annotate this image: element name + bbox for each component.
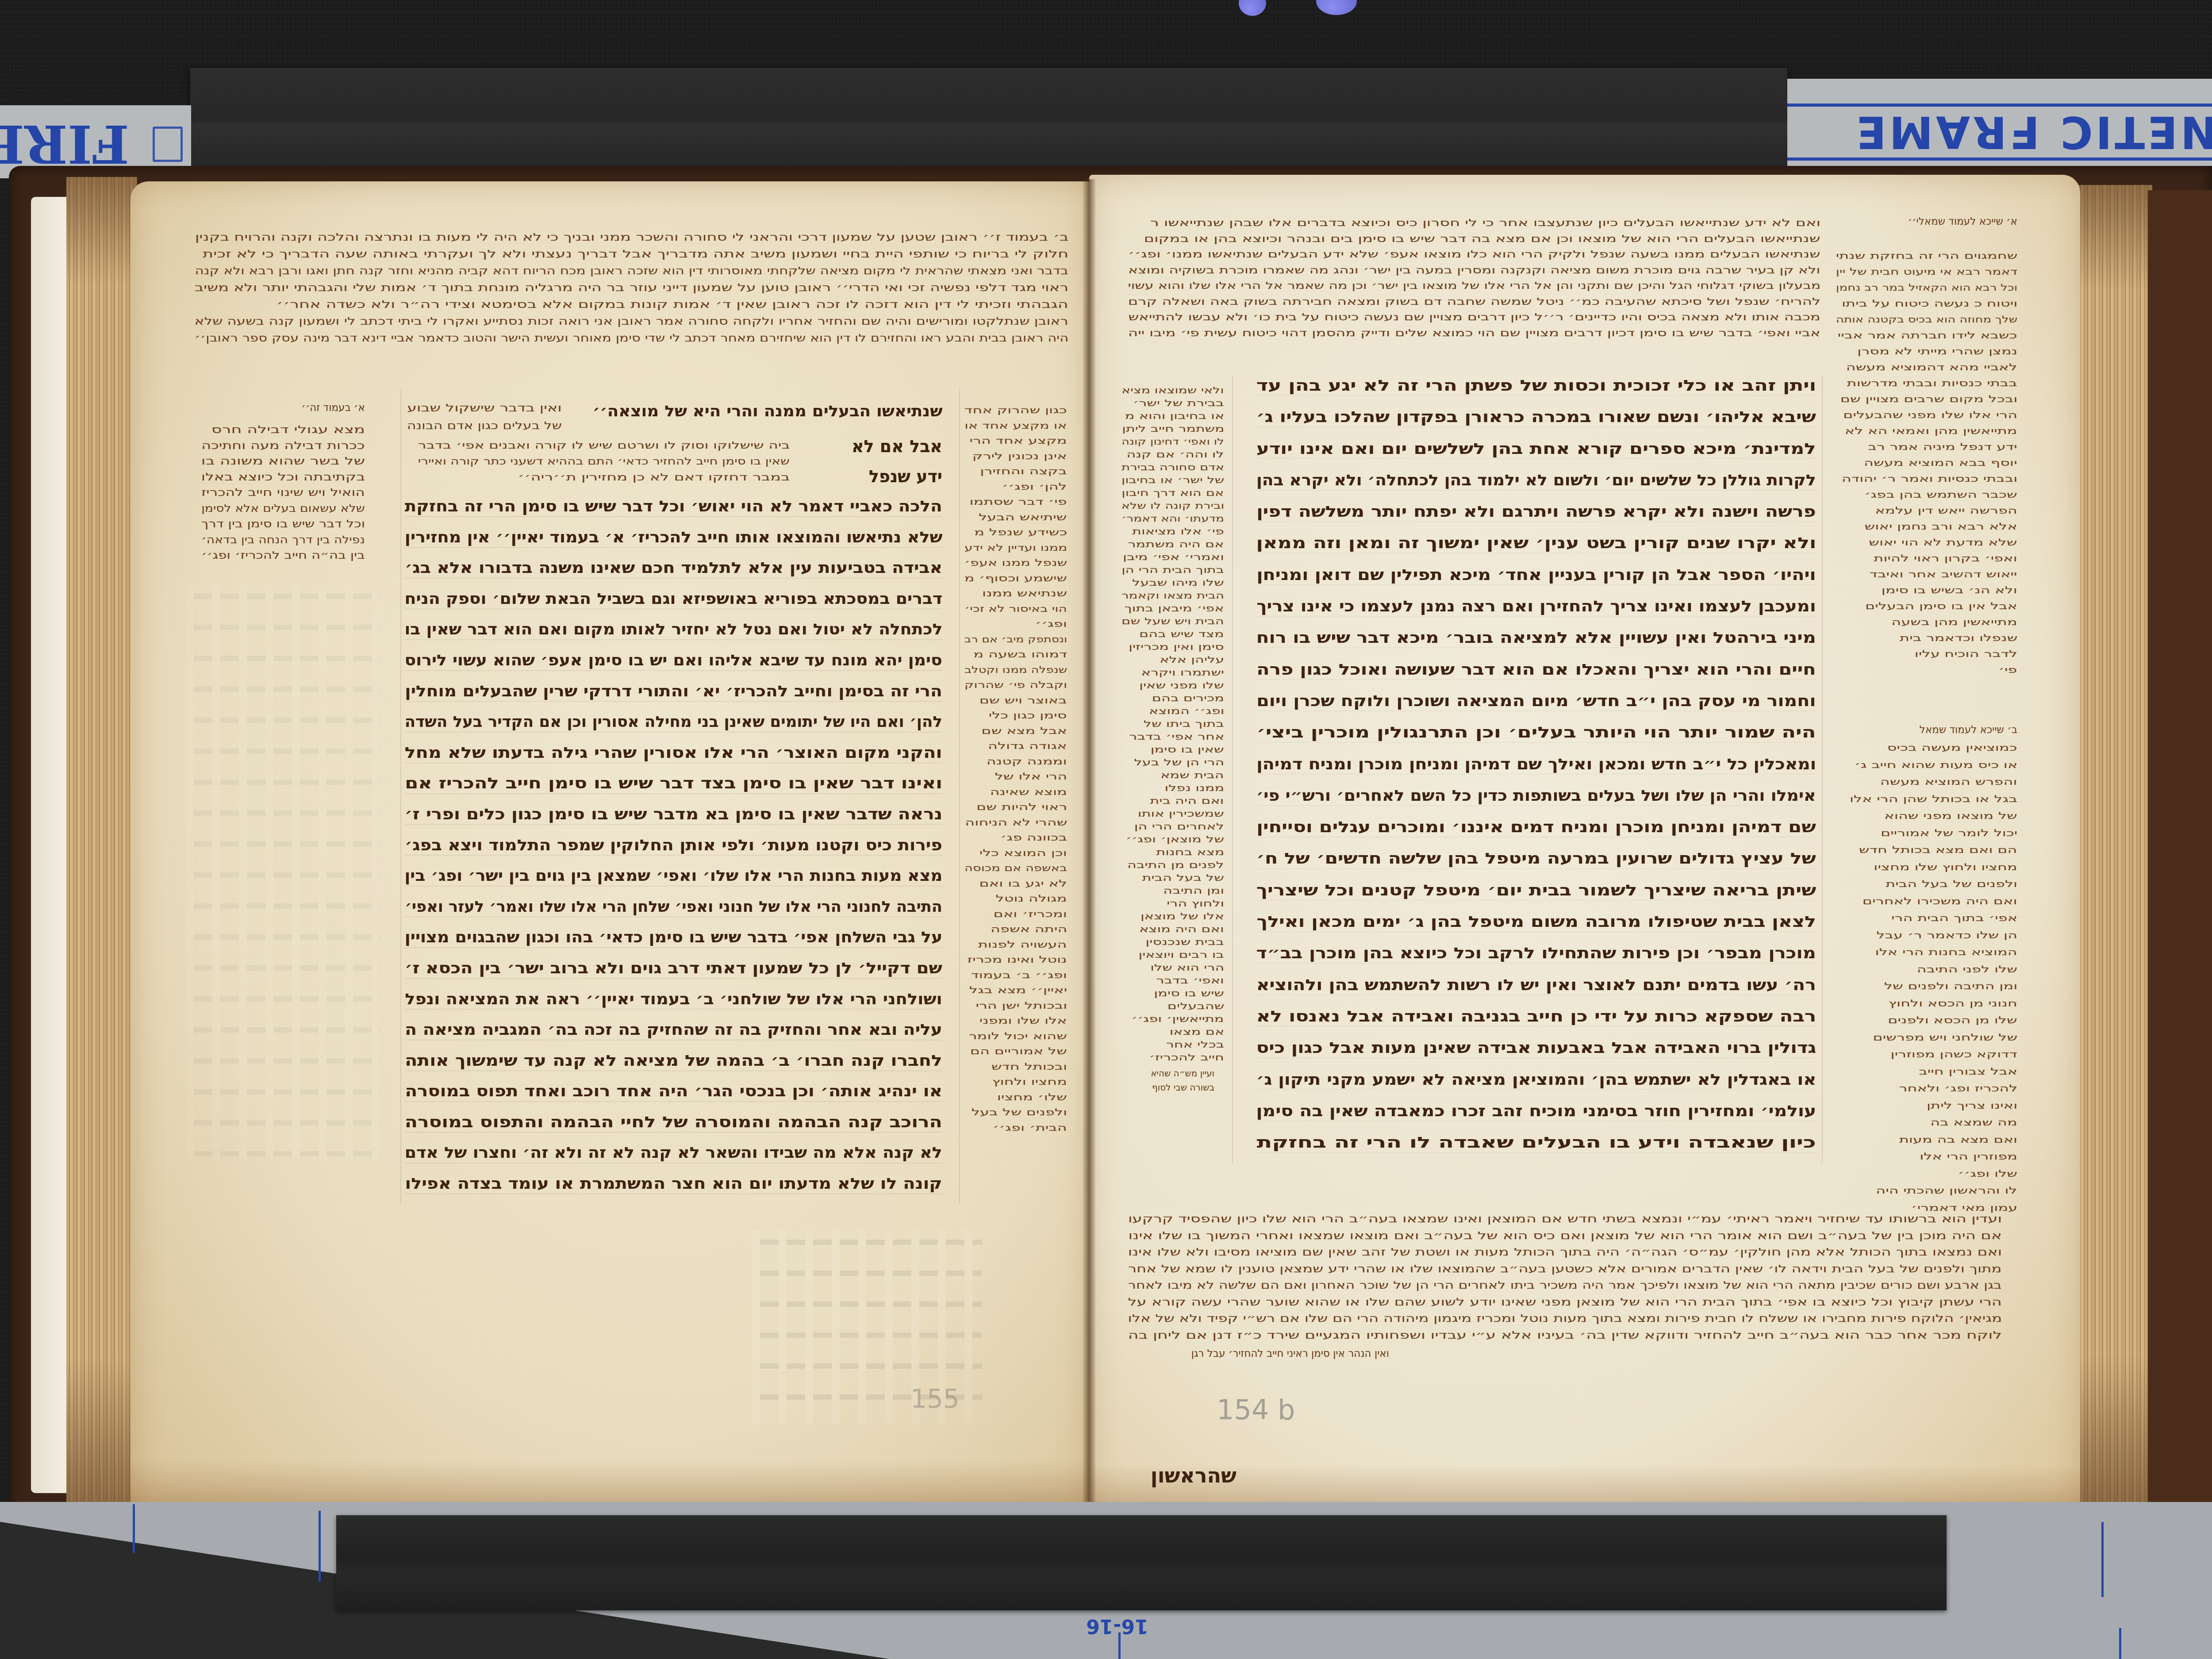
text-line-text: המוציא בחנות הרי אלו (1875, 944, 2017, 961)
text-line: פי׳ (1836, 662, 2017, 678)
text-line-text: ונסתפק מיב׳ אם רב (964, 632, 1067, 647)
text-line-text: אם מצאו (1169, 1025, 1224, 1038)
text-line-text: פרשה וישנה ולא יקרא פרשה ויתרגם ולא יפתח… (1257, 496, 1816, 528)
text-line: מקצע אחד הרי (964, 433, 1067, 449)
text-line: אגודה גדולה (964, 738, 1067, 754)
text-line-text: הלכה כאביי דאמר לא הוי יאוש׳ וכל דבר שיש… (405, 492, 942, 522)
bleed-through-text (186, 584, 380, 1159)
text-line: וקבלה פי׳ שהרוק (964, 677, 1067, 693)
text-line: בו רבים ויוצאין (1121, 949, 1224, 961)
text-line: מוצא שאינה (964, 784, 1067, 800)
text-line: מיני בירהטל ואין עשויין אלא למציאה בובר׳… (1256, 622, 1816, 654)
text-line: ומן התיבה (1121, 884, 1224, 897)
text-line: שלא נתיאשו והמוצאו אותו חייב להכריז׳ א׳ … (405, 522, 942, 553)
text-line: יאיין׳׳ מצא בגל (964, 983, 1067, 998)
text-line: אפי׳ מיבאן בתוך (1121, 602, 1224, 615)
text-line-text: שלא נתיאשו והמוצאו אותו חייב להכריז׳ א׳ … (404, 522, 942, 553)
text-line-text: ומן התיבה (1163, 884, 1224, 897)
column-header: ב׳ שייכא לעמוד שמאל (1836, 721, 2017, 739)
text-line-text: ויתן זהב או כלי זכוכית וכסות של פשתן הרי… (1256, 370, 1816, 402)
text-line: ממנו נפלו (1121, 782, 1224, 795)
text-line-text: גדולין ברוי האבידה אבל באבעות אבידה שאינ… (1256, 1033, 1816, 1064)
text-line-text: שהבעלים (1167, 1000, 1224, 1013)
text-line-text: וכל דבר שיש בו סימן בין דרך (201, 517, 365, 533)
text-line: ביה שישלוקו וסוק לו ושרטם שיש לו קורה וא… (418, 438, 790, 454)
text-line: ואין בדבר שישקול שבוע (407, 399, 562, 417)
text-line: רבה שספקא כרות על ידי כן חייב בגניבה ואב… (1256, 1001, 1816, 1033)
text-line-text: שלו לפני התיבה (1917, 961, 2017, 978)
text-line-text: בו רבים ויוצאין (1139, 949, 1224, 961)
text-line: ומכריז׳ ואם (964, 906, 1067, 922)
text-line: ידע דנפל מיניה אמר רב (1836, 439, 2017, 455)
text-line: בבית שנכנסין (1121, 936, 1224, 949)
text-line-text: לא יגע בו ואם (979, 876, 1068, 891)
text-line-text: מקצע אחד הרי (970, 433, 1067, 449)
text-line: מגיאין׳ הלוקח פירות מחבירו או ששלח לו חב… (1128, 1311, 2002, 1328)
text-line: דאמר רבא אי מיעוט חבית של יין (1836, 264, 2017, 280)
text-line-text: הרי הן של בעל (1134, 756, 1224, 769)
left-main-inset-top: ואין בדבר שישקול שבועשל בעלים כגון אדם ה… (407, 399, 562, 435)
text-line: שם דקייל׳ לן כל שמעון דאתי דרב גוים ולא … (405, 953, 942, 984)
text-line: העשויה לפנות (964, 937, 1067, 952)
text-line: ואם מצא בה מעות (1836, 1131, 2017, 1148)
text-line-text: יאיין׳׳ מצא בגל (969, 983, 1067, 998)
text-line: יוסף בבא המוציא מעשה (1836, 455, 2017, 471)
text-line: אלא רבא ורב נחמן יאוש (1836, 518, 2017, 534)
text-line: ולפנים של בעל הבית (1836, 876, 2017, 893)
text-line-text: כשידע שנפל מ (974, 525, 1067, 540)
text-line: שאין בו סימן (1121, 743, 1224, 756)
text-line: עולמי׳ ומחזירין חוזר בסימני מוכיח זהב זכ… (1256, 1096, 1816, 1127)
text-line-text: וכל רבא הוא הקאזיל במר רב נחמן (1836, 280, 2017, 296)
text-line: ואין הנהר אין סימן ראיני חייב להחזיר׳ עב… (1141, 1345, 1389, 1363)
text-line-text: סימן ואין מכריזין (1129, 641, 1224, 653)
text-line-text: הוי באיסור לא זכי׳ (964, 601, 1067, 617)
text-line-text: נוטל ואינו מכריז (968, 952, 1067, 968)
text-line-text: הרי זה בסימן וחייב להכריז׳ יא׳ והתורי דר… (405, 676, 942, 707)
text-line-text: הרי אלו של (995, 769, 1067, 784)
text-line: הרי זה בסימן וחייב להכריז׳ יא׳ והתורי דר… (405, 676, 942, 707)
text-line-text: מחציו ולחוץ שלו מחציו (1874, 859, 2017, 876)
text-line-text: הגבהתי וזכיתי לי דין הוא דזכה לו זכה ראו… (276, 296, 1068, 313)
right-bottom-commentary: ועדין הוא ברשותו עד שיחזיר ויאמר ראיתי׳ … (1128, 1211, 2002, 1344)
text-line: ומעכבן לעצמו ואינו צריך להחזירן ואם רצה … (1256, 591, 1816, 622)
text-line-text: בכוונה פג׳ (1001, 830, 1067, 845)
text-line: שנתיאשו הבעלים ממנו בשעה שנפל ולקיק הרי … (1128, 247, 1820, 263)
text-line: קונה לו שלא מדעתו יום הוא חצר המשתמרת או… (405, 1169, 942, 1200)
text-line-text: הבית׳ ופג׳׳ (993, 1120, 1067, 1136)
text-line-text: סימן יהא מונח עד שיבא אליהו ואם יש בו סי… (405, 645, 942, 676)
text-line: מתייאשין מהן ואמאי הא לא (1836, 423, 2017, 439)
text-line: מחציו ולחוץ (964, 1074, 1067, 1090)
text-line: נפילה בין דרך הנחה בין בדאה׳ (201, 533, 365, 549)
text-line-text: אבל מצא שם (981, 723, 1067, 739)
text-line-text: ופג׳׳ (1035, 616, 1067, 632)
text-line-text: הפרשה ייאש דין עלמא (1875, 503, 2017, 518)
text-line-text: וממנה קטנה (987, 754, 1067, 769)
text-line: בכלי אחר (1121, 1038, 1224, 1051)
text-line-text: ויטוח כ נעשה כיטוח על ביתו (1842, 296, 2017, 311)
text-line-text: וחמור מי עסק בהן י״ב חדש׳ מיום המציאה וש… (1257, 686, 1816, 717)
text-line-text: עליהן אלא (1160, 653, 1224, 666)
text-line-text: חנוני מן הכסא ולחוץ (1889, 995, 2017, 1012)
text-line-text: שנפל ממנו אעפ׳ (964, 555, 1067, 571)
text-line: שנפלו וכדאמר בית (1836, 630, 2017, 646)
text-line-text: שלא מדעת לא הוי יאוש (1869, 534, 2017, 550)
text-line-text: לקרות גוללן כל שלשים יום׳ ולשום לא ילמוד… (1256, 465, 1816, 496)
text-line: לא קנה אלא מה שבידו והשאר לא קנה לא זה ו… (405, 1138, 942, 1169)
text-line-text: העשויה לפנות (978, 937, 1067, 952)
text-line-text: דדוקא כשהן מפוזרין (1891, 1046, 2017, 1063)
text-line-text: רה׳ עשו בדמים יתנם לאוצר ואין יש לו רשות… (1256, 970, 1816, 1001)
text-line-text: כגון שהרוק אחד (964, 403, 1067, 418)
right-top-commentary: ואם לא ידע שנתייאשו הבעלים כיון שנתעצבו … (1128, 215, 1820, 341)
text-line: שם דמיהן ומניחן מוכרן ומניח דמים איננו׳ … (1256, 812, 1816, 843)
text-line: שנפלה ממנו וקטלב (964, 662, 1067, 678)
text-line: הפרשה ייאש דין עלמא (1836, 503, 2017, 518)
text-line: ובכותל חדש (964, 1059, 1067, 1075)
catchword-text: שהראשון (1151, 1460, 1237, 1491)
text-line-text: שיבא אליהו׳ ונשם שאורו במכרה כראורן בפקד… (1256, 402, 1816, 433)
text-line: הבית שמא (1121, 769, 1224, 782)
text-line: להן׳ ופג׳׳ (964, 479, 1067, 495)
left-main-inset-large: אבל אם לאידע שנפל (843, 431, 942, 492)
text-line: של עציץ גדולים שרועין במרעה מיטפל בהן של… (1256, 843, 1816, 875)
text-line-text: אם היה מוכן בין של בעה״ב ושם הוא אומר הר… (1129, 1228, 2002, 1245)
text-line: ושולחני הרי אלו של שולחני׳ ב׳ בעמוד יאיי… (405, 984, 942, 1015)
text-line: הרי אלו שלו מפני שהבעלים (1836, 407, 2017, 423)
text-line-text: מתייאשין׳ ופג׳׳ (1132, 1013, 1224, 1025)
text-line: אביי ואפי׳ בדבר שיש בו סימן דכיון דרבים … (1128, 326, 1820, 342)
text-line: דמוהו בשעה מ (964, 647, 1067, 662)
text-line: של מוצאן׳ ופג׳׳ (1121, 833, 1224, 846)
text-line-text: להריח׳ שנפל ושל סיכתא שהעיבה כמ׳׳ ניטל ש… (1128, 294, 1820, 310)
text-line: מדעתו׳ והא דאמר׳ (1121, 512, 1224, 525)
text-line-text: אבל צבורין חייב (1919, 1063, 2017, 1080)
text-line: פי׳ אלו מציאות (1121, 525, 1224, 538)
gloss-header-text: א׳ בעמוד זה׳׳ (301, 399, 365, 416)
text-line: מצא מעות בחנות הרי אלו שלו׳ ואפי׳ שמצאן … (405, 861, 942, 892)
text-line-text: ראוי להיות שם (976, 799, 1067, 815)
text-line-text: ובכל מקום שרבים מצויין שם (1840, 391, 2018, 407)
text-line-text: כמוציאין מעשה בכיס (1887, 739, 2017, 757)
text-line-text: מבעלון בשוקי דגלוחי הגל והיכן שם ותקני ו… (1128, 278, 1820, 294)
text-line: אבל צבורין חייב (1836, 1063, 2017, 1080)
text-line-text: לוקח מכר אחר כבר הוא בעה״ב חייב להחזיר ו… (1128, 1328, 2002, 1344)
text-line: של בעלים כגון אדם הבונה (407, 417, 562, 435)
text-line: שחמגוים הרי זה בחזקת שנתי (1836, 248, 2017, 264)
text-line: ככרות דבילה מעה וחתיכה (201, 438, 365, 454)
text-line: שיתיאש הבעל (964, 510, 1067, 525)
text-line-text: פי׳ (1999, 662, 2017, 678)
text-line-text: ככרות דבילה מעה וחתיכה (202, 438, 365, 454)
text-line: שיבא אליהו׳ ונשם שאורו במכרה כראורן בפקד… (1256, 402, 1816, 433)
text-line-text: לו והה׳ אם קנה (1127, 448, 1224, 461)
magnetic-strip-label-right: NETIC FRAME (1787, 79, 2212, 174)
text-line-text: מצד שיש בהם (1139, 628, 1224, 641)
text-line-text: ועיין מש״ה שהיא (1151, 1066, 1214, 1080)
text-line: שנפל ממנו אעפ׳ (964, 555, 1067, 571)
label-logo-icon (153, 127, 183, 162)
text-line: שישמע וכסוף׳ מ (964, 571, 1067, 586)
text-line-text: במבר דחזקו דאם לא כן מחזירין ת׳׳ריה׳׳ (518, 470, 790, 486)
text-line: למדינת׳ מיכא ספרים קורא אחת בהן לשלשים י… (1256, 434, 1816, 465)
text-line: הם ואם מצא בכותל חדש (1836, 841, 2017, 859)
right-main-text: ויתן זהב או כלי זכוכית וכסות של פשתן הרי… (1256, 370, 1816, 1159)
text-line-text: אלא רבא ורב נחמן יאוש (1865, 518, 2017, 534)
text-line-text: ממנו ועדיין לא ידע (964, 540, 1067, 556)
text-line: אלו של מוצאן (1121, 910, 1224, 923)
left-main-inset-small: ביה שישלוקו וסוק לו ושרטם שיש לו קורה וא… (418, 438, 790, 486)
text-line: מתוך ולפנים של בעל הבית וידאה לו׳ שאין ה… (1128, 1261, 2002, 1278)
text-line: של בשר שהוא משונה בו (201, 454, 365, 470)
right-outer-header-a: א׳ שייכא לעמוד שמאלי׳׳ (1836, 213, 2017, 230)
text-line: ואם היה מוצא (1121, 923, 1224, 936)
text-line-text: אלו שלו ומפני (979, 1013, 1067, 1029)
text-line-text: שמשכירין אותו (1138, 807, 1224, 820)
text-line: של בעל הבית (1121, 872, 1224, 884)
text-line-text: בתוך הבית הרי הן (1122, 564, 1224, 576)
text-line-text: ואינו דבר שאין בו סימן בצד דבר שיש בו סי… (405, 768, 942, 799)
text-line: היה שמור יותר הוי היותר בעלים׳ וכן התרנג… (1256, 717, 1816, 749)
text-line-text: רבה שספקא כרות על ידי כן חייב בגניבה ואב… (1256, 1001, 1816, 1033)
text-line: דדוקא כשהן מפוזרין (1836, 1046, 2017, 1063)
text-line: הרי הוא שלו (1121, 961, 1224, 974)
right-bottom-final-line: ואין הנהר אין סימן ראיני חייב להחזיר׳ עב… (1141, 1345, 1389, 1363)
page-stack-left (66, 177, 137, 1517)
text-line-text: שכבר השתמש בהן בפג׳ (1865, 487, 2017, 503)
text-line: או באגדלין לא ישתמש בהן׳ והמוציאן מציאה … (1256, 1064, 1816, 1096)
text-line: בגן ארבע ושם כורים שכיבין מתאה הרי הוא ש… (1128, 1278, 2002, 1294)
text-line-text: ומעכבן לעצמו ואינו צריך להחזירן ואם רצה … (1257, 591, 1816, 622)
text-line-text: שלו מן הכסא ולפנים (1888, 1012, 2017, 1029)
text-line: אבל מצא שם (964, 723, 1067, 739)
text-line: שלו ופג׳׳ (1836, 1165, 2017, 1183)
text-line: ולא קן בעיר שרבה גוים מוכרת משום מציאה ו… (1128, 263, 1820, 279)
text-line-text: אם הוא דרך חיבון (1122, 487, 1224, 499)
text-line: אימלו והרי הן שלו ושל בעלים בשותפות כדין… (1256, 780, 1816, 812)
text-line: שלו מן הכסא ולפנים (1836, 1012, 2017, 1029)
text-line: מצא עגולי דבילה חרס (201, 422, 365, 438)
text-line: לכתחלה לא יטול ואם נטל לא יחזיר לאותו מק… (405, 614, 942, 645)
text-line: ולא יקרו שנים קורין בשט ענין׳ שאין ימשוך… (1256, 528, 1816, 559)
text-line: שנתיאשו הבעלים ממנה והרי היא של מוצאה׳׳ (593, 396, 942, 427)
text-line-text: ואין בדבר שישקול שבוע (407, 399, 562, 417)
text-line-text: ידע דנפל מיניה אמר רב (1868, 439, 2017, 455)
text-line: כגון שהרוק אחד (964, 403, 1067, 418)
text-line: לו ואפי׳ דחינון קונה (1121, 435, 1224, 448)
leather-binding-right (2148, 190, 2212, 1513)
text-line: ואם נמצאו בתוך הכותל אלא מהן חולקין׳ עמ״… (1128, 1244, 2002, 1261)
text-line: וכל רבא הוא הקאזיל במר רב נחמן (1836, 280, 2017, 296)
text-line: אם היה מוכן בין של בעה״ב ושם הוא אומר הר… (1128, 1228, 2002, 1245)
text-line-text: שם דקייל׳ לן כל שמעון דאתי דרב גוים ולא … (405, 953, 942, 984)
label-rule-bottom (1787, 157, 2212, 161)
text-line: מצד שיש בהם (1121, 628, 1224, 641)
text-line-text: אפי׳ בתוך הבית הרי (1891, 910, 2017, 927)
text-line-text: ביה שישלוקו וסוק לו ושרטם שיש לו קורה וא… (418, 438, 790, 454)
text-line-text: של מוצאן׳ ופג׳׳ (1125, 833, 1224, 846)
text-line-text: ושולחני הרי אלו של שולחני׳ ב׳ בעמוד יאיי… (405, 984, 942, 1015)
text-line: ראוי מגד דלפי נפשיה זכי ואי הדרי׳׳ ראובן… (195, 280, 1068, 296)
text-line-text: ולפנים של בעל הבית (1886, 876, 2017, 893)
text-line-text: הבית שמא (1160, 769, 1224, 782)
text-line: ב׳ בעמוד ז׳׳ ראובן שטען על שמעון דרכי וה… (195, 229, 1068, 246)
text-line-text: מיני בירהטל ואין עשויין אלא למציאה בובר׳… (1256, 622, 1816, 654)
text-line-text: לחברו קנה חברו׳ ב׳ בהמה של מציאה לא קנה … (405, 1046, 942, 1077)
text-line: היה ראובן בבית והבע ראו והחזירם לו דין ה… (195, 330, 1068, 347)
text-line-text: מה שמצא בה (1930, 1114, 2017, 1131)
label-right-text: NETIC FRAME (1854, 106, 2212, 158)
text-line: אבל אם לא (843, 431, 942, 461)
text-line: ומן התיבה ולפנים של (1836, 978, 2017, 995)
text-line-text: לאחרים הרי הן (1134, 820, 1224, 833)
left-outer-gloss: מצא עגולי דבילה חרסככרות דבילה מעה וחתיכ… (201, 422, 365, 564)
text-line-text: חייב להכריז׳ (1149, 1051, 1225, 1064)
text-line: ולאי שמוצאו מציא (1121, 384, 1224, 397)
text-line-text: והקני מקום האוצר׳ הרי אלו אסורין שהרי גי… (405, 738, 942, 769)
text-line-text: נמצן שהרי מייתי לא מסרן (1857, 343, 2017, 359)
text-line-text: מדעתו׳ והא דאמר׳ (1121, 512, 1224, 525)
text-line-text: על גבי השלחן אפי׳ בדבר שיש בו סימן כדאי׳… (404, 922, 942, 953)
text-line: פי׳ דבר שסתמו (964, 494, 1067, 510)
text-line: ובכותל ישן הרי (964, 998, 1067, 1014)
text-line-text: בין בה״ה חייב להכריז׳ ופג׳׳ (201, 548, 365, 564)
text-line: מוכרן מבפר׳ וכן פירות שהתחילו לרקב וכל כ… (1256, 938, 1816, 969)
text-line: באוצר ויש שם (964, 693, 1067, 708)
text-line: להכריז ופג׳ ולאחר (1836, 1080, 2017, 1097)
text-line-text: מכירים בהם (1152, 692, 1224, 705)
text-line: ובכל מקום שרבים מצויין שם (1836, 391, 2017, 407)
text-line: ואינו צריך ליתן (1836, 1097, 2017, 1114)
top-foam-support (190, 66, 1787, 176)
text-line-text: בשורה שבי לסוף (1152, 1080, 1214, 1094)
text-line: לוקח מכר אחר כבר הוא בעה״ב חייב להחזיר ו… (1128, 1328, 2002, 1344)
text-line: כמוציאין מעשה בכיס (1836, 739, 2017, 757)
text-line-text: ולא הנ׳ בשיש בו סימן (1882, 582, 2017, 598)
text-line: ולפנים של בעל (964, 1105, 1067, 1120)
text-line: כיון שנאבדה וידע בו הבעלים שאבדה לו הרי … (1256, 1127, 1816, 1159)
text-line-text: שלא עשאום בעלים אלא לסימן (202, 501, 365, 517)
text-line-text: מוכרן מבפר׳ וכן פירות שהתחילו לרקב וכל כ… (1256, 938, 1816, 969)
text-line: פירות כיס וקטנו מעות׳ ולפי אותן החלוקין … (405, 830, 942, 861)
text-line: וחמור מי עסק בהן י״ב חדש׳ מיום המציאה וש… (1256, 686, 1816, 717)
text-line-text: יכול לומר של אמוריים (1881, 825, 2017, 842)
text-line-text: אבל אם לא (852, 431, 942, 461)
text-line: עליהן אלא (1121, 653, 1224, 666)
text-line: בין בה״ה חייב להכריז׳ ופג׳׳ (201, 548, 365, 564)
text-line-text: ואם היה מוצא (1140, 923, 1225, 936)
text-line-text: ולאי שמוצאו מציא (1122, 384, 1224, 397)
text-line: לצאן בבית שטיפולו מרובה משום מיטפל בהן ג… (1256, 906, 1816, 938)
text-line-text: מחציו ולחוץ (992, 1074, 1067, 1090)
text-line-text: ולפנים של בעל (972, 1105, 1067, 1120)
text-line: היתה אשפה (964, 922, 1067, 937)
text-line: הרי עשתן קיבוץ וכל כיוצא בו אפי׳ בתוך הב… (1128, 1294, 2002, 1311)
text-line: בקתיבתה וכל כיוצא באלו (201, 470, 365, 486)
text-line-text: ראובן שנתלקטו ומורישים והיה שם והחזיר אח… (195, 313, 1068, 330)
text-line: סימן כגון כלי (964, 708, 1067, 723)
text-line: משתמר חייב ליתן (1121, 422, 1224, 435)
text-line: מצא בחנות (1121, 846, 1224, 859)
text-line-text: שאין בו סימן (1151, 743, 1224, 756)
text-line: שלו לפני התיבה (1836, 961, 2017, 978)
text-line: והקני מקום האוצר׳ הרי אלו אסורין שהרי גי… (405, 738, 942, 769)
text-line-text: בגן ארבע ושם כורים שכיבין מתאה הרי הוא ש… (1128, 1278, 2002, 1294)
text-line: אדם סחורה בבירת (1121, 461, 1224, 474)
text-line-text: או בחיבון והוא מ (1125, 410, 1224, 422)
text-line: של שולחני ויש מפרשים (1836, 1029, 2017, 1046)
text-line: לאביי מהא דהמוציא מעשה (1836, 359, 2017, 375)
text-line: בתוך ביתו של (1121, 718, 1224, 730)
ruling-line (1232, 376, 1233, 1164)
text-line-text: ומן התיבה ולפנים של (1884, 978, 2018, 995)
text-line-text: הואיל ויש שינוי חייב להכריז (201, 485, 365, 501)
column-header-text: א׳ שייכא לעמוד שמאלי׳׳ (1908, 213, 2017, 230)
text-line-text: מצא מעות בחנות הרי אלו שלו׳ ואפי׳ שמצאן … (404, 861, 942, 892)
text-line-text: ובכותל חדש (991, 1059, 1067, 1075)
text-line: ולחוץ הרי (1121, 897, 1224, 910)
text-line: חייב להכריז׳ (1121, 1051, 1224, 1064)
text-line-text: כשבא לידו חברתה אמר אביי (1838, 327, 2017, 343)
text-line-text: בקתיבתה וכל כיוצא באלו (201, 470, 365, 486)
text-line: עליה ובא אחר והחזיק בה זה שהחזיק בה זכה … (405, 1015, 942, 1046)
text-line: ובבתי כנסיות ואמר ר׳ יהודה (1836, 471, 2017, 487)
text-line: אלו שלו ומפני (964, 1013, 1067, 1029)
text-line: ידע שנפל (843, 461, 942, 492)
text-line-text: לו והראשון שהכתי היה (1876, 1182, 2018, 1199)
text-line-text: מתייאשין מהן בשעה (1892, 614, 2017, 630)
text-line-text: או מקצע אחד או (965, 418, 1067, 434)
text-line: מפוזרין הרי אלו (1836, 1148, 2017, 1165)
text-line-text: אגודה גדולה (988, 738, 1067, 754)
text-line-text: מצא בחנות (1156, 846, 1224, 859)
text-line-text: ויהיו׳ הספר אבל הן קורין בעניין אחד׳ מיכ… (1257, 560, 1816, 591)
text-line: רה׳ עשו בדמים יתנם לאוצר ואין יש לו רשות… (1256, 970, 1816, 1001)
text-line: המוציא בחנות הרי אלו (1836, 944, 2017, 961)
text-line: פרשה וישנה ולא יקרא פרשה ויתרגם ולא יפתח… (1256, 496, 1816, 528)
text-line: מבעלון בשוקי דגלוחי הגל והיכן שם ותקני ו… (1128, 278, 1820, 294)
text-line-text: פי׳ דבר שסתמו (970, 494, 1067, 510)
text-line-text: והפרש המוציא מעשה (1880, 773, 2017, 791)
text-line: ועיין מש״ה שהיא (1115, 1066, 1214, 1080)
text-line-text: הרוכב קנה הבהמה והמוסרה של לחיי הבהמה וה… (405, 1107, 942, 1138)
text-line-text: אינן נכונין לירק (972, 449, 1067, 464)
text-line-text: נראה שדבר שאין בו סימן בא מדבר שיש בו סי… (404, 799, 942, 830)
mat-guide-line (2119, 1628, 2121, 1659)
text-line: על גבי השלחן אפי׳ בדבר שיש בו סימן כדאי׳… (405, 922, 942, 953)
text-line: מתייאשין מהן בשעה (1836, 614, 2017, 630)
text-line: לקרות גוללן כל שלשים יום׳ ולשום לא ילמוד… (1256, 465, 1816, 496)
text-line: ויטוח כ נעשה כיטוח על ביתו (1836, 296, 2017, 311)
text-line: שלא עשאום בעלים אלא לסימן (201, 501, 365, 517)
text-line-text: אלו של מוצאן (1141, 910, 1224, 923)
text-line: הבית מצאו וקאמר (1121, 589, 1224, 602)
text-line-text: בכלי אחר (1166, 1038, 1224, 1051)
text-line-text: ואמרי׳ אפי׳ מיבן (1123, 551, 1224, 564)
text-line-text: מגולה נוטל (996, 891, 1067, 906)
right-outer-header-b: ב׳ שייכא לעמוד שמאל (1836, 721, 2017, 739)
text-line-text: לדבר הוכיח עליו (1915, 646, 2017, 662)
text-line: וכן המוצא כלי (964, 845, 1067, 861)
text-line-text: לא קנה אלא מה שבידו והשאר לא קנה לא זה ו… (405, 1138, 942, 1169)
text-line: לא יגע בו ואם (964, 876, 1067, 891)
column-header: א׳ שייכא לעמוד שמאלי׳׳ (1836, 213, 2017, 230)
text-line-text: ופג׳׳ המוצא (1149, 705, 1224, 718)
text-line: מגולה נוטל (964, 891, 1067, 906)
text-line: בתוך הבית הרי הן (1121, 564, 1224, 576)
text-line: ממנו ועדיין לא ידע (964, 540, 1067, 556)
